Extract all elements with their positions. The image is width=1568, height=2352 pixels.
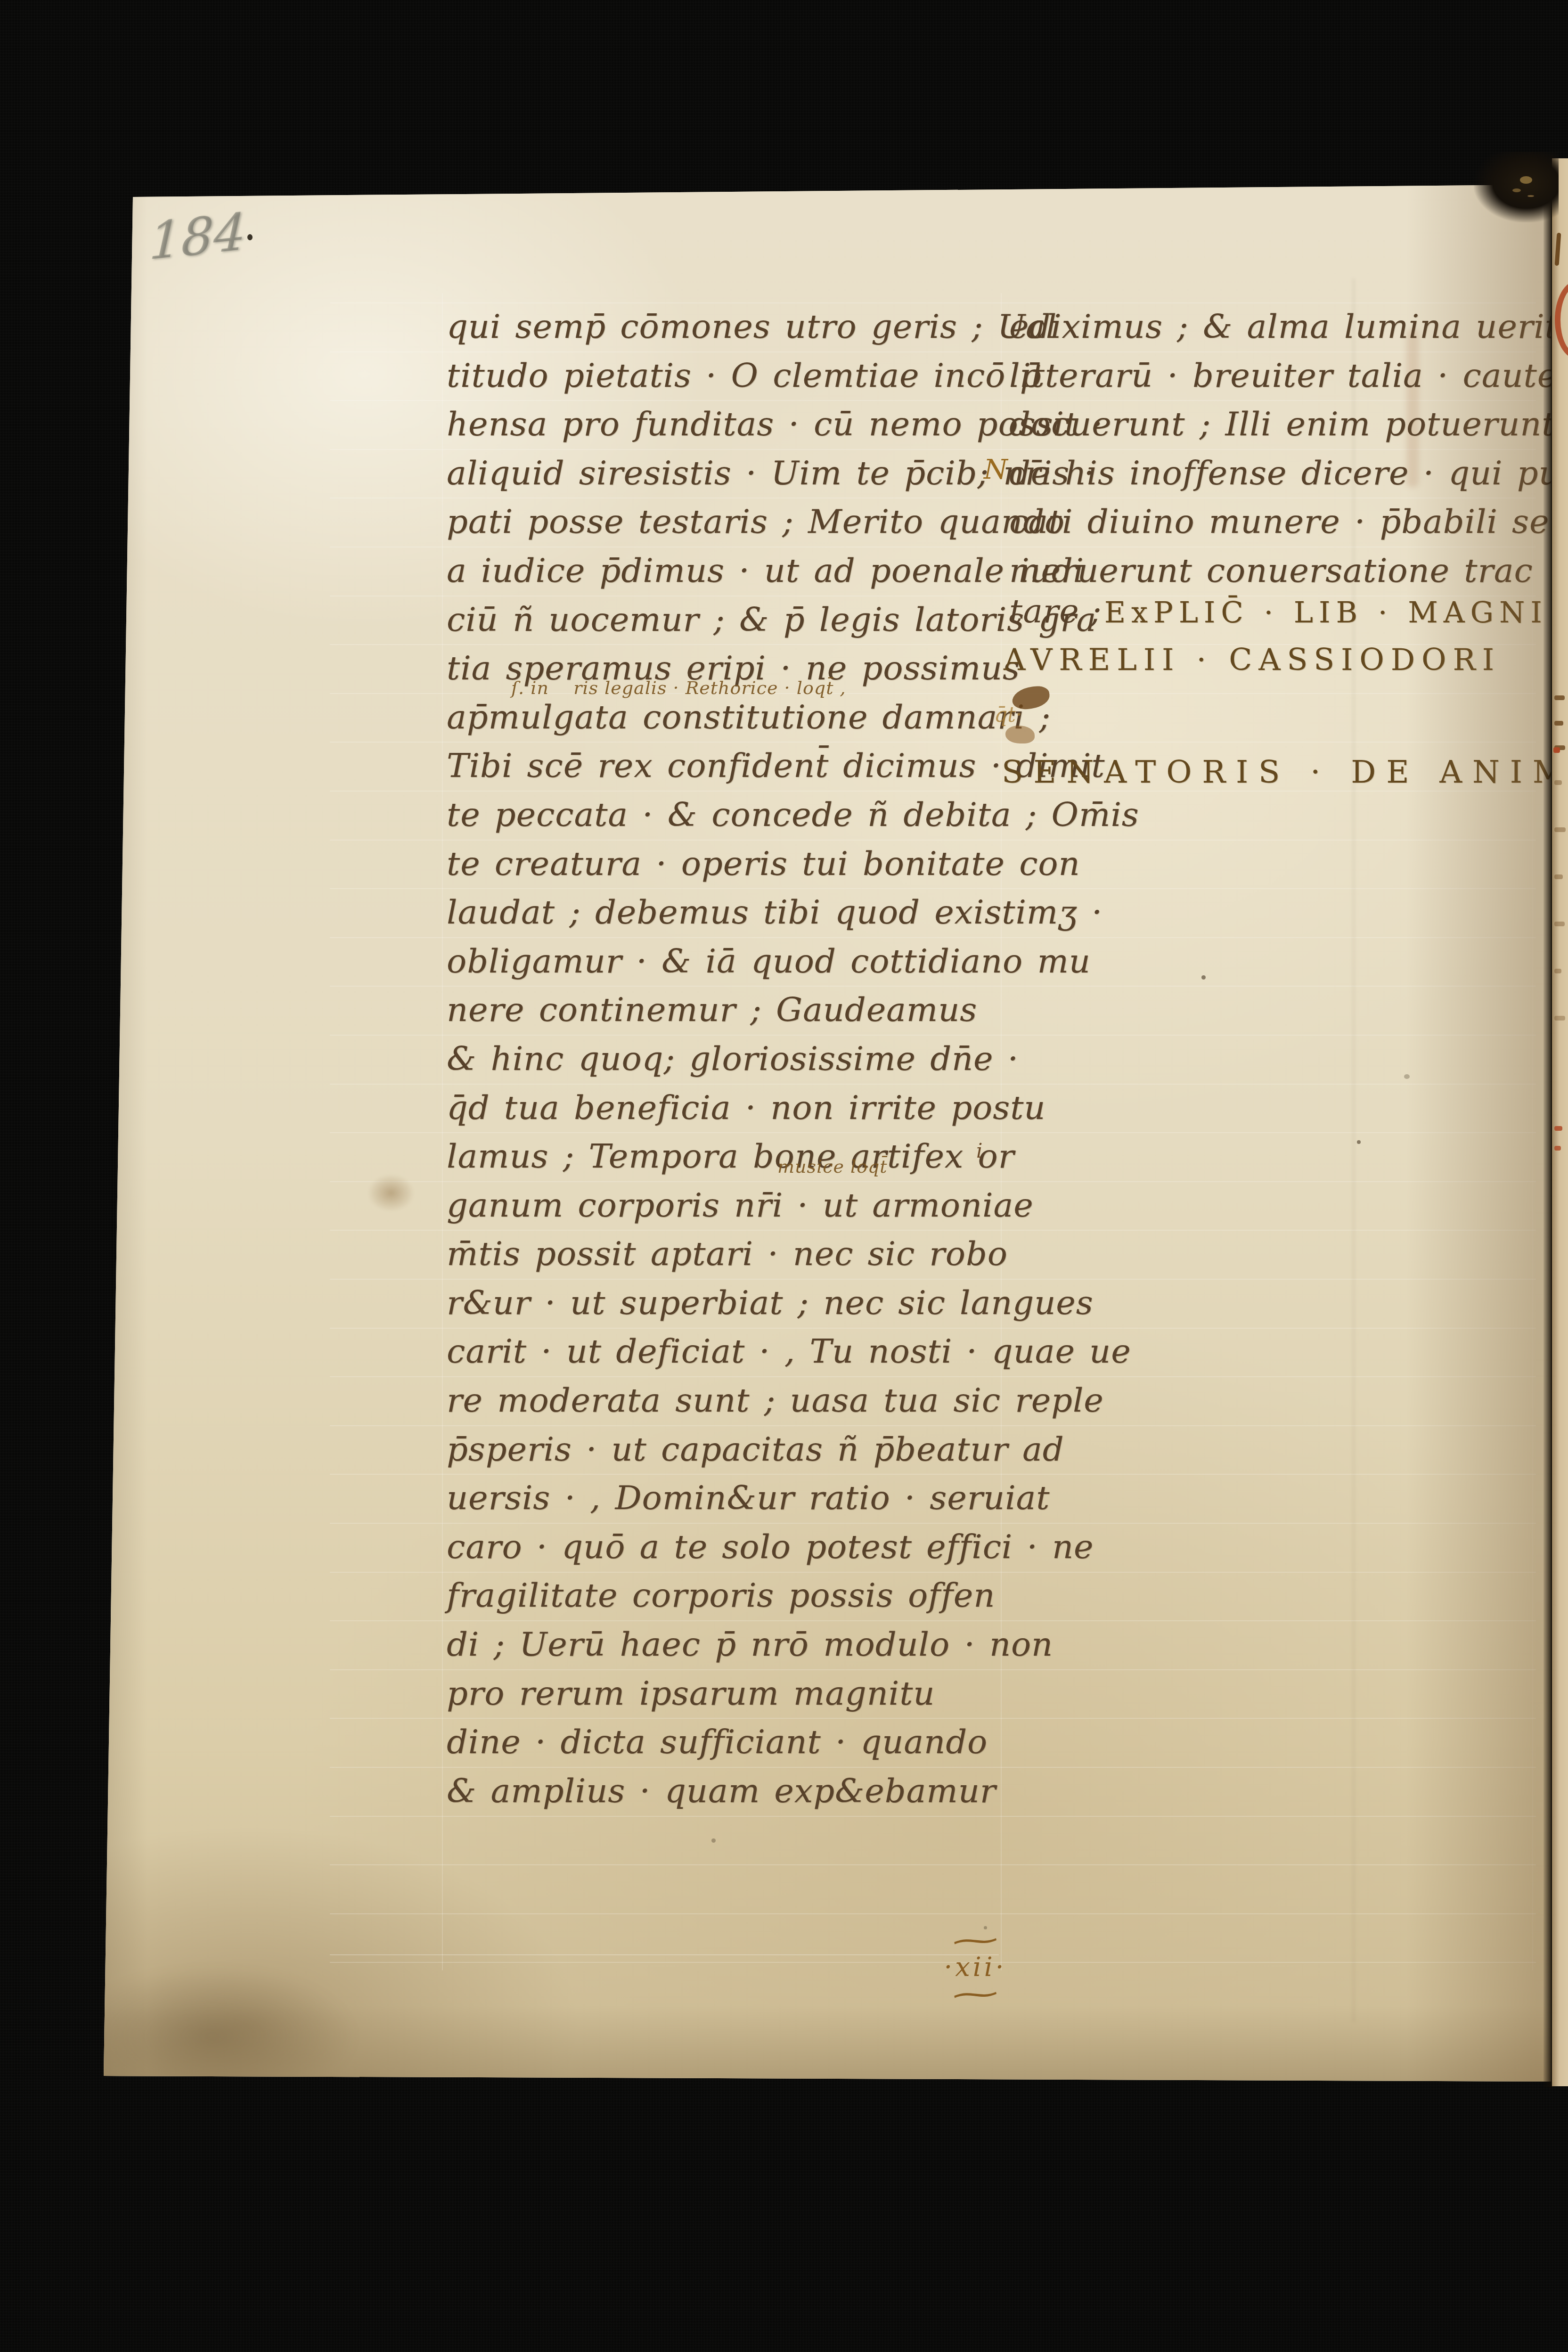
interlinear-gloss-legalis: ſ. in ris legalis · Rethorice · loqt̄ ,	[511, 678, 846, 698]
manuscript-line: q̄d tua beneficia · non irrite postu	[447, 1084, 1003, 1133]
ink-speck	[1357, 1140, 1361, 1144]
manuscript-line: obligamur · & iā quod cottidiano mu	[447, 937, 1003, 986]
manuscript-line: meruerunt conuersatione trac	[1009, 547, 1546, 596]
manuscript-line: te peccata · & concede ñ debita ; Om̄is	[447, 791, 1003, 840]
nota-margin-mark: N	[984, 453, 1008, 485]
folio-number-pencil: 184	[148, 202, 246, 272]
manuscript-line: te creatura · operis tui bonitate con	[447, 840, 1003, 889]
next-page-ink-stroke	[1555, 233, 1561, 266]
next-page-rubric-fragment	[1554, 1126, 1562, 1131]
explicit-prefix: tare ;	[1009, 592, 1102, 630]
parchment-stain	[367, 1174, 415, 1212]
manuscript-line: ap̄mulgata constitutione damnari ;	[447, 693, 1003, 742]
manuscript-line: dine · dicta sufficiant · quando	[447, 1718, 1003, 1767]
manuscript-line: di ; Uerū haec p̄ nrō modulo · non	[447, 1620, 1003, 1669]
next-page-text-fragment	[1554, 780, 1562, 785]
faded-margin-mark: q̄t·	[994, 703, 1022, 727]
quire-flourish-top: ~	[804, 1922, 1147, 1960]
manuscript-line: nere continemur ; Gaudeamus	[447, 986, 1003, 1035]
interlinear-gloss-musice: musice loqt̄	[777, 1156, 888, 1177]
manuscript-line: Tibi scē rex confident̄ dicimus · dimit	[447, 742, 1003, 791]
page-gap-shadow	[1543, 179, 1553, 2087]
manuscript-line: pro rerum ipsarum magnitu	[447, 1669, 1003, 1718]
manuscript-line: uersis · , Domin&ur ratio · seruiat	[447, 1474, 1003, 1523]
manuscript-line: hensa pro funditas · cū nemo possit ·	[447, 400, 1003, 449]
ink-speck	[1404, 1074, 1410, 1079]
manuscript-line: pati posse testaris ; Merito quando	[447, 498, 1003, 547]
manuscript-line: docuerunt ; Illi enim potuerunt	[1009, 400, 1546, 449]
explicit-capitals-2: AVRELII · CASSIODORI	[1004, 643, 1501, 678]
manuscript-line: ediximus ; & alma lumina ueritatū	[1009, 302, 1546, 351]
next-page-rubric-fragment	[1553, 747, 1560, 753]
headband-tassel	[1474, 152, 1559, 222]
manuscript-page: 184 qui semp̄ cōmones utro geris ; Ualti…	[104, 185, 1551, 2082]
manuscript-line: cati diuino munere · p̄babili se	[1009, 498, 1546, 547]
next-page-text-fragment	[1554, 721, 1563, 726]
manuscript-line: laudat ; debemus tibi quod existimʒ ·	[447, 888, 1003, 937]
manuscript-line: p̄speris · ut capacitas ñ p̄beatur ad	[447, 1425, 1003, 1474]
manuscript-line: m̄tis possit aptari · nec sic robo	[447, 1230, 1003, 1279]
explicit-capitals-3: SENATORIS · DE ANIMA ·	[1002, 754, 1568, 790]
ink-speck	[711, 1838, 716, 1843]
ruling-vertical-left	[442, 293, 443, 1970]
manuscript-line: litterarū · breuiter talia · cauteq;	[1009, 351, 1546, 400]
next-page-text-fragment	[1554, 874, 1563, 879]
manuscript-line: a iudice p̄dimus · ut ad poenale iudi	[447, 547, 1003, 596]
next-page-text-fragment	[1554, 827, 1566, 832]
manuscript-line: & hinc quoq; gloriosissime dn̄e ·	[447, 1035, 1003, 1084]
manuscript-line: ciū ñ uocemur ; & p̄ legis latoris gra	[447, 596, 1003, 645]
manuscript-line: carit · ut deficiat · , Tu nosti · quae …	[447, 1327, 1003, 1376]
next-page-text-fragment	[1554, 969, 1561, 973]
manuscript-line: caro · quō a te solo potest effici · ne	[447, 1523, 1003, 1572]
faded-margin-smudge	[1005, 726, 1035, 743]
margin-catch-mark: i	[976, 1139, 982, 1162]
manuscript-line: lamus ; Tempora bone artifex or	[447, 1132, 1003, 1181]
text-column-left: qui semp̄ cōmones utro geris ; Ualtitudo…	[447, 302, 1003, 1815]
next-page-text-fragment	[1554, 922, 1565, 926]
next-page-edge	[1552, 158, 1568, 2086]
corner-grime	[66, 1966, 358, 2107]
next-page-text-fragment	[1554, 1016, 1565, 1021]
manuscript-line: r&ur · ut superbiat ; nec sic langues	[447, 1279, 1003, 1328]
explicit-capitals-1: ExPLIC̄ · LIB · MAGNI ·	[1104, 595, 1568, 629]
manuscript-line: de his inoffense dicere · qui purifi	[1009, 449, 1546, 498]
next-page-rubric-fragment	[1554, 1146, 1561, 1151]
manuscript-line: & amplius · quam exp&ebamur	[447, 1767, 1003, 1816]
text-column-right: ediximus ; & alma lumina ueritatūlittera…	[1009, 302, 1546, 596]
quire-flourish-bottom: ~	[804, 1976, 1147, 2013]
manuscript-line: titudo pietatis · O clemtiae incō p̄	[447, 351, 1003, 400]
red-initial-c	[1555, 281, 1568, 359]
manuscript-line: re moderata sunt ; uasa tua sic reple	[447, 1376, 1003, 1425]
explicit-line-1: tare ; ExPLIC̄ · LIB · MAGNI ·	[1009, 592, 1568, 630]
next-page-text-fragment	[1554, 695, 1565, 700]
quire-signature: ~ ·xii· ~	[905, 1928, 1046, 2007]
manuscript-line: qui semp̄ cōmones utro geris ; Ual	[447, 302, 1003, 351]
manuscript-line: fragilitate corporis possis offen	[447, 1571, 1003, 1620]
manuscript-line: ganum corporis nr̄i · ut armoniae	[447, 1181, 1003, 1230]
manuscript-line: aliquid siresistis · Uim te p̄cib; nr̄is…	[447, 449, 1003, 498]
ink-speck	[1201, 975, 1206, 980]
photo-backdrop: 184 qui semp̄ cōmones utro geris ; Ualti…	[0, 0, 1568, 2352]
ink-speck	[247, 234, 253, 240]
